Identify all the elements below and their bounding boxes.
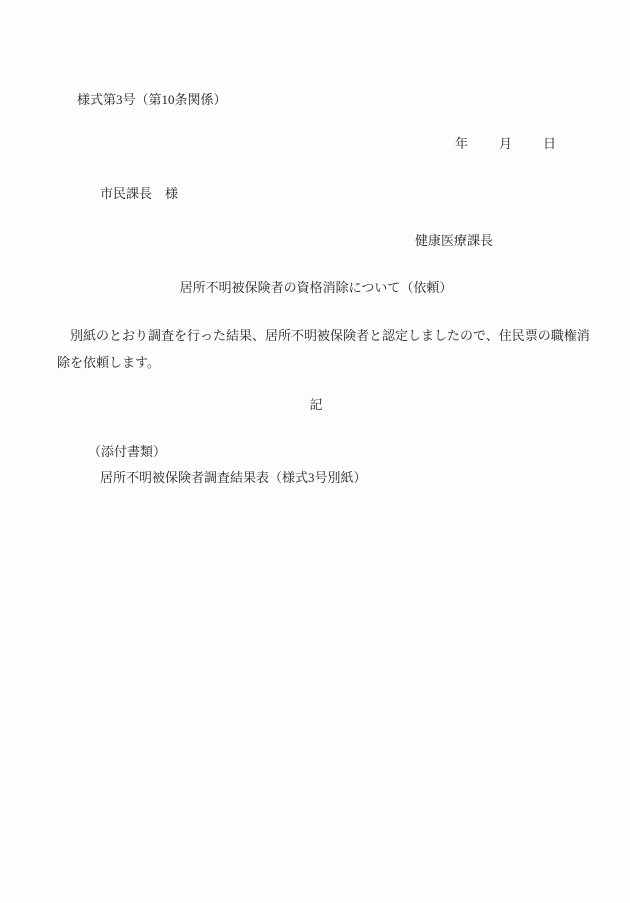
record-marker: 記 bbox=[57, 397, 575, 413]
body-line-2: 除を依頼します。 bbox=[57, 349, 579, 376]
body-line-1: 別紙のとおり調査を行った結果、居所不明被保険者と認定しましたので、住民票の職権消 bbox=[57, 322, 579, 349]
attachments-label: （添付書類） bbox=[88, 444, 166, 460]
date-line: 年 月 日 bbox=[455, 136, 556, 152]
date-year-label: 年 bbox=[455, 136, 468, 152]
body-paragraph: 別紙のとおり調査を行った結果、居所不明被保険者と認定しましたので、住民票の職権消… bbox=[57, 322, 579, 376]
date-day-label: 日 bbox=[543, 136, 556, 152]
sender-title: 健康医療課長 bbox=[415, 233, 493, 249]
attachment-item: 居所不明被保険者調査結果表（様式3号別紙） bbox=[100, 470, 367, 486]
form-number: 様式第3号（第10条関係） bbox=[77, 92, 227, 108]
document-title: 居所不明被保険者の資格消除について（依頼） bbox=[57, 280, 575, 296]
date-month-label: 月 bbox=[499, 136, 512, 152]
document-page: 様式第3号（第10条関係） 年 月 日 市民課長 様 健康医療課長 居所不明被保… bbox=[0, 0, 630, 903]
addressee: 市民課長 様 bbox=[100, 186, 178, 202]
